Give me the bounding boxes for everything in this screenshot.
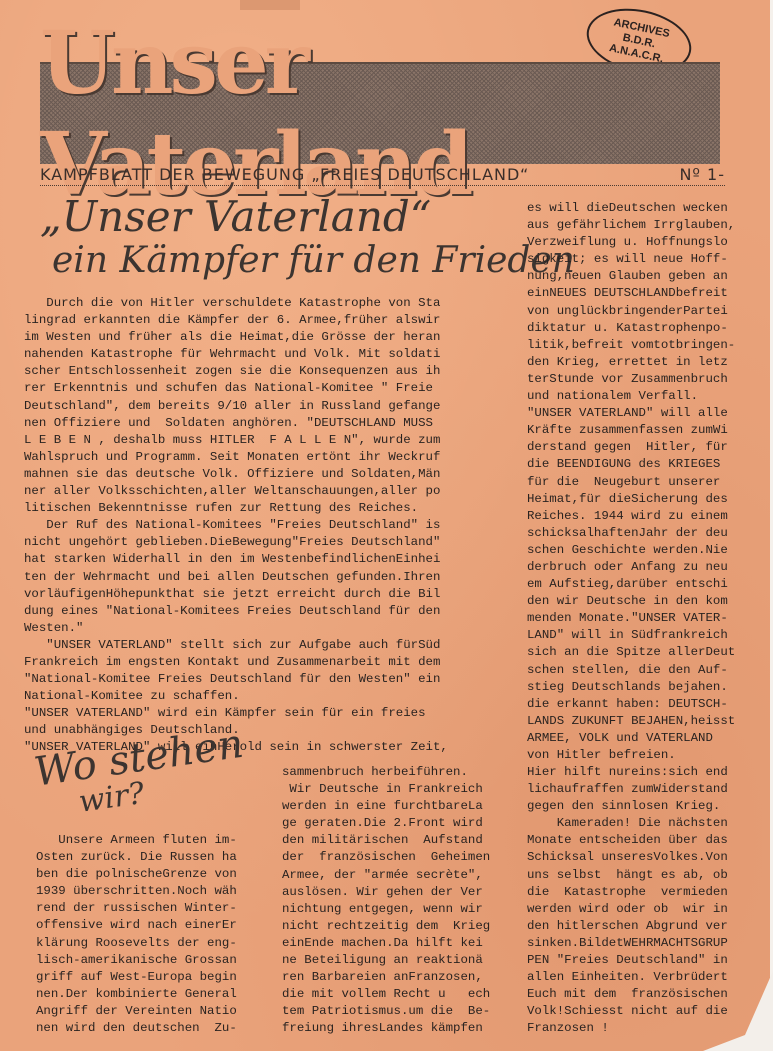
- article-2-column-1: Unsere Armeen fluten im- Osten zurück. D…: [36, 832, 268, 1037]
- article-2-column-3: Hier hilft nureins:sich end lichaufraffe…: [527, 764, 773, 1038]
- article-1-column-right: es will dieDeutschen wecken aus gefährli…: [527, 200, 773, 764]
- leaflet-page: ARCHIVES B.D.R. A.N.A.C.R. Unser Vaterla…: [0, 0, 773, 1051]
- masthead-subtitle-bar: KAMPFBLATT DER BEWEGUNG „FREIES DEUTSCHL…: [40, 163, 725, 186]
- masthead: Unser Vaterland: [40, 62, 720, 164]
- masthead-subtitle: KAMPFBLATT DER BEWEGUNG „FREIES DEUTSCHL…: [40, 165, 529, 184]
- article-2-column-2: sammenbruch herbeiführen. Wir Deutsche i…: [282, 764, 514, 1038]
- article-1-column-left: Durch die von Hitler verschuldete Katast…: [24, 295, 504, 757]
- issue-number: Nº 1-: [679, 165, 725, 184]
- headline-line-1: „Unser Vaterland“: [40, 192, 431, 241]
- paper-tear: [240, 0, 300, 10]
- headline-line-2: ein Kämpfer für den Frieden: [52, 239, 575, 283]
- masthead-title: Unser Vaterland: [40, 64, 720, 164]
- article-1-headline: „Unser Vaterland“ ein Kämpfer für den Fr…: [40, 195, 575, 283]
